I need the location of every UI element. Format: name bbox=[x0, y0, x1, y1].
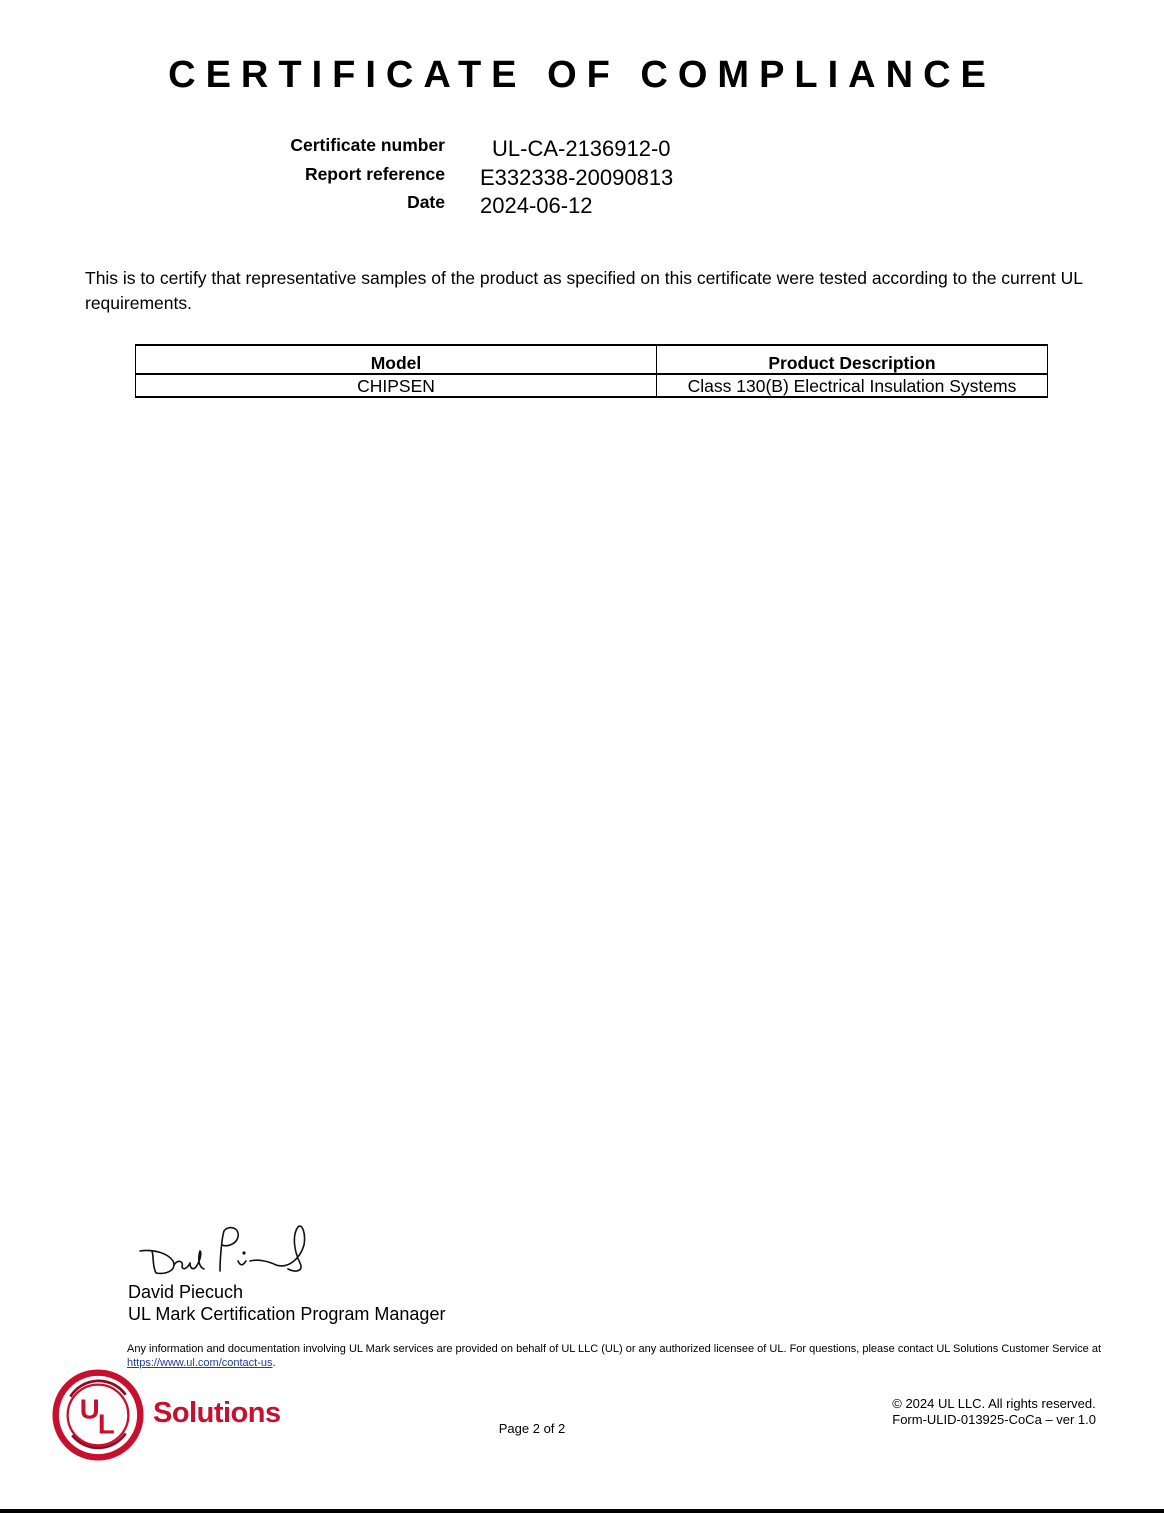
bottom-rule bbox=[0, 1509, 1164, 1513]
meta-label: Report reference bbox=[305, 164, 445, 185]
disclaimer: Any information and documentation involv… bbox=[127, 1343, 1107, 1370]
cell-product-description: Class 130(B) Electrical Insulation Syste… bbox=[657, 374, 1048, 397]
signer-title: UL Mark Certification Program Manager bbox=[128, 1303, 445, 1325]
ul-logo-icon: U L bbox=[52, 1369, 144, 1461]
product-table: Model Product Description CHIPSEN Class … bbox=[135, 344, 1048, 398]
copyright-text: © 2024 UL LLC. All rights reserved. bbox=[892, 1396, 1096, 1412]
disclaimer-text: Any information and documentation involv… bbox=[127, 1343, 1101, 1355]
disclaimer-suffix: . bbox=[273, 1357, 276, 1369]
table-header-row: Model Product Description bbox=[136, 345, 1048, 374]
copyright-block: © 2024 UL LLC. All rights reserved. Form… bbox=[892, 1396, 1096, 1428]
cell-model: CHIPSEN bbox=[136, 374, 657, 397]
meta-label: Date bbox=[407, 192, 445, 213]
certificate-number-value: UL-CA-2136912-0 bbox=[492, 136, 671, 162]
column-header-model: Model bbox=[136, 345, 657, 374]
report-reference-value: E332338-20090813 bbox=[480, 165, 673, 191]
contact-link[interactable]: https://www.ul.com/contact-us bbox=[127, 1357, 273, 1369]
meta-row-certificate-number: Certificate number UL-CA-2136912-0 bbox=[0, 134, 1164, 162]
date-value: 2024-06-12 bbox=[480, 193, 593, 219]
column-header-product-description: Product Description bbox=[657, 345, 1048, 374]
table-row: CHIPSEN Class 130(B) Electrical Insulati… bbox=[136, 374, 1048, 397]
signature-image bbox=[128, 1215, 328, 1285]
certification-statement: This is to certify that representative s… bbox=[85, 266, 1095, 315]
meta-row-report-reference: Report reference E332338-20090813 bbox=[0, 163, 1164, 191]
document-title: CERTIFICATE OF COMPLIANCE bbox=[0, 52, 1164, 98]
meta-row-date: Date 2024-06-12 bbox=[0, 191, 1164, 219]
signer-name: David Piecuch bbox=[128, 1281, 243, 1303]
meta-label: Certificate number bbox=[290, 135, 445, 156]
form-id: Form-ULID-013925-CoCa – ver 1.0 bbox=[892, 1412, 1096, 1428]
